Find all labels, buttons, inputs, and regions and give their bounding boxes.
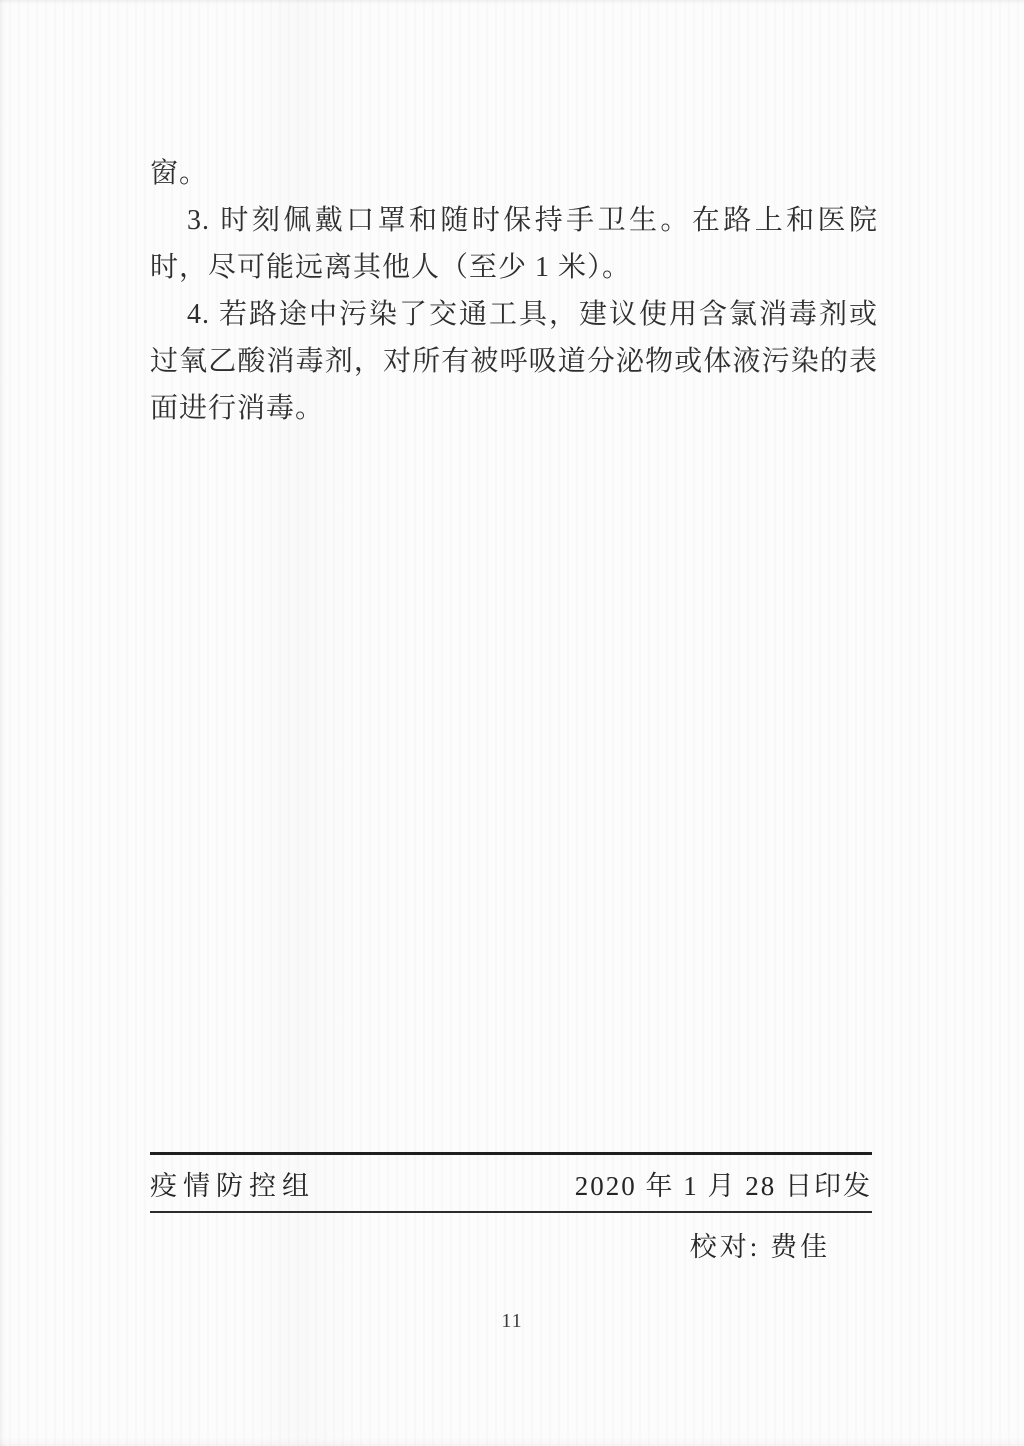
document-body: 窗。 3. 时刻佩戴口罩和随时保持手卫生。在路上和医院时，尽可能远离其他人（至少… bbox=[150, 150, 878, 432]
scanned-document-page: 窗。 3. 时刻佩戴口罩和随时保持手卫生。在路上和医院时，尽可能远离其他人（至少… bbox=[0, 0, 1024, 1446]
paragraph-item-3: 3. 时刻佩戴口罩和随时保持手卫生。在路上和医院时，尽可能远离其他人（至少 1 … bbox=[150, 197, 878, 291]
paragraph-item-4: 4. 若路途中污染了交通工具，建议使用含氯消毒剂或过氧乙酸消毒剂，对所有被呼吸道… bbox=[150, 291, 878, 432]
page-number: 11 bbox=[0, 1310, 1024, 1333]
print-date: 2020 年 1 月 28 日印发 bbox=[575, 1164, 872, 1203]
proofreader: 校对: 费佳 bbox=[690, 1232, 830, 1262]
document-footer: 疫情防控组 2020 年 1 月 28 日印发 校对: 费佳 bbox=[150, 1152, 872, 1264]
issuing-department: 疫情防控组 bbox=[150, 1164, 315, 1203]
paragraph-continuation: 窗。 bbox=[150, 150, 878, 197]
footer-issue-row: 疫情防控组 2020 年 1 月 28 日印发 bbox=[150, 1155, 872, 1211]
proofreader-row: 校对: 费佳 bbox=[150, 1225, 872, 1264]
footer-rule-bottom bbox=[150, 1211, 872, 1213]
